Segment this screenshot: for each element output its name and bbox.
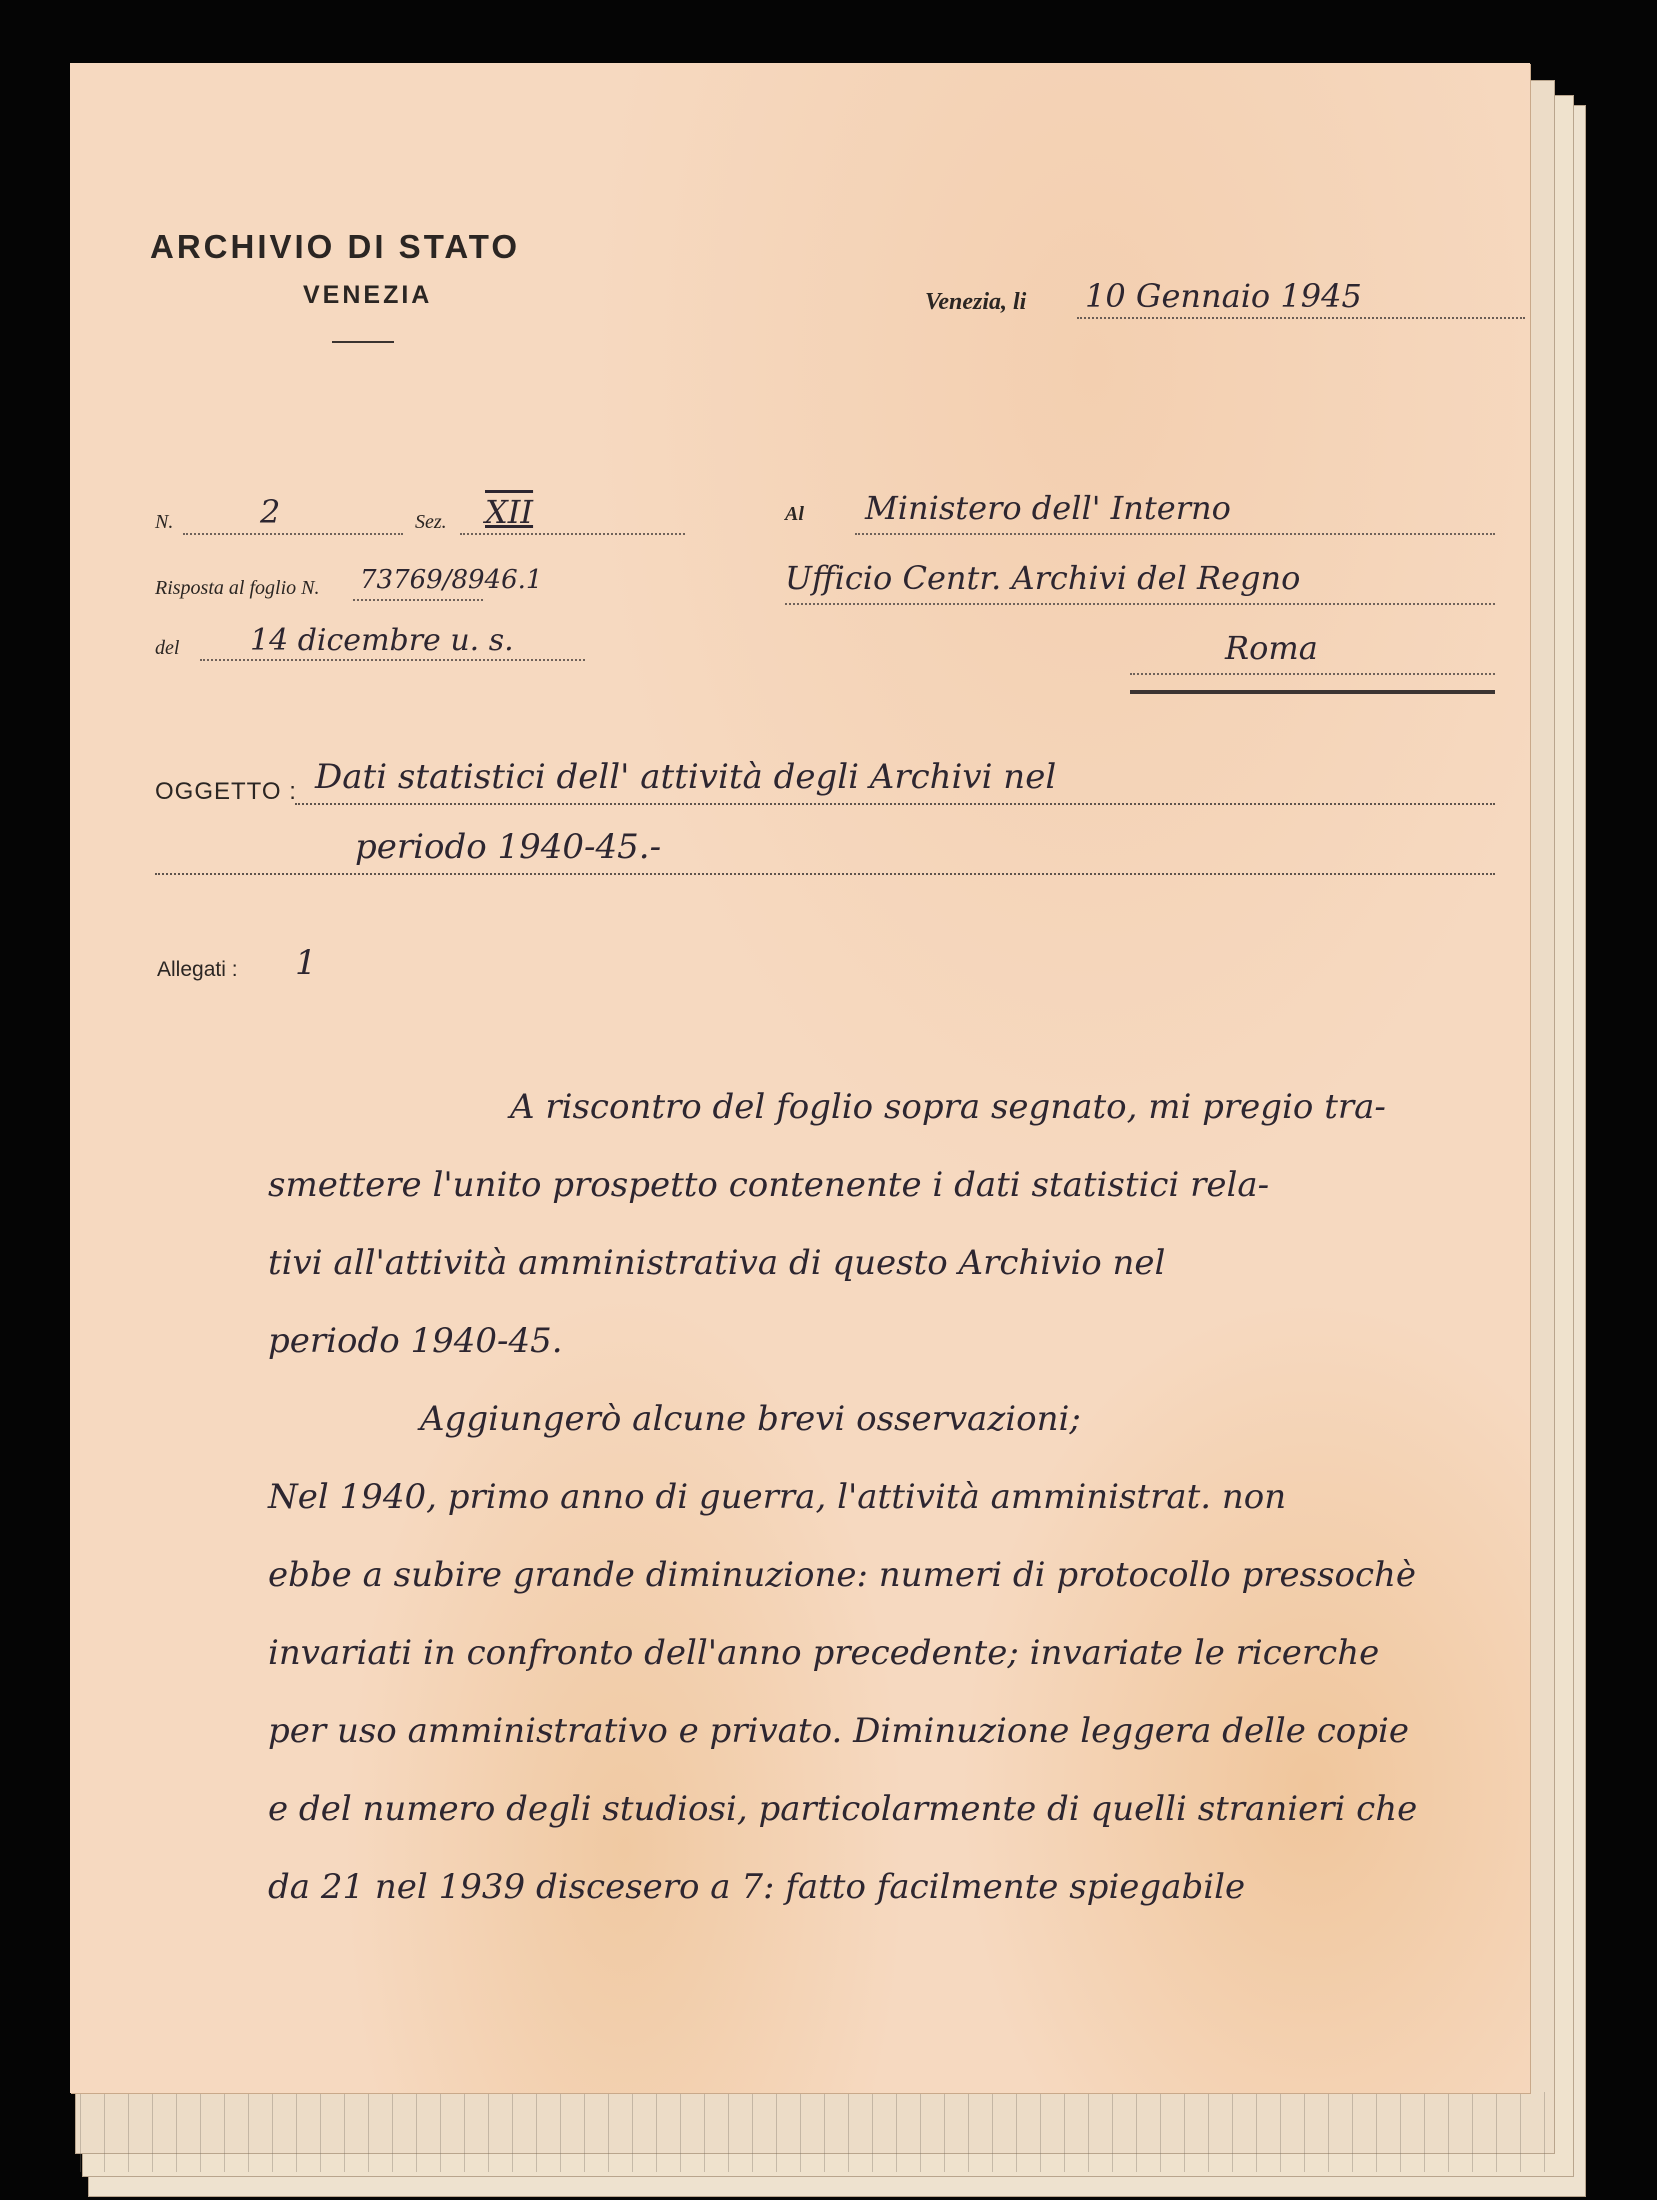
of-label: del (155, 637, 179, 660)
body-line: Nel 1940, primo anno di guerra, l'attivi… (268, 1458, 1530, 1536)
subject-dotted-line-1 (295, 803, 1495, 805)
number-value: 2 (260, 493, 280, 531)
date-label: Venezia, li (925, 289, 1026, 316)
recipient-line-2: Ufficio Centr. Archivi del Regno (785, 543, 1495, 605)
recipient-line-3: Roma (1130, 613, 1495, 675)
recipient-line-1: Ministero dell' Interno (855, 473, 1495, 535)
recipient-prefix: Al (785, 503, 804, 526)
letterhead-city: VENEZIA (303, 281, 432, 310)
attachments-value: 1 (295, 943, 317, 983)
body-line: Aggiungerò alcune brevi osservazioni; (330, 1380, 1530, 1458)
number-label: N. (155, 511, 173, 534)
letter-body: A riscontro del foglio sopra segnato, mi… (330, 1068, 1530, 1926)
protocol-number-row: N. 2 Sez. XII (155, 493, 685, 543)
body-line: smettere l'unito prospetto contenente i … (268, 1146, 1530, 1224)
date-value: 10 Gennaio 1945 (1085, 277, 1362, 315)
reply-label: Risposta al foglio N. (155, 577, 319, 600)
body-line: invariati in confronto dell'anno precede… (268, 1614, 1530, 1692)
subject-text-2: periodo 1940-45.- (355, 827, 661, 867)
date-line: Venezia, li 10 Gennaio 1945 (925, 271, 1525, 331)
reply-reference-row: Risposta al foglio N. 73769/8946.1 (155, 563, 755, 613)
of-dotted-line (200, 659, 585, 661)
letterhead-institution: ARCHIVIO DI STATO (150, 228, 520, 266)
reply-dotted-line (353, 599, 483, 601)
body-line: periodo 1940-45. (268, 1302, 1530, 1380)
recipient-rule (1130, 690, 1495, 694)
section-label: Sez. (415, 511, 447, 534)
of-value: 14 dicembre u. s. (250, 623, 514, 658)
section-value: XII (485, 493, 533, 531)
section-dotted-line (460, 533, 685, 535)
reply-value: 73769/8946.1 (360, 565, 542, 595)
subject-text-1: Dati statistici dell' attività degli Arc… (315, 757, 1056, 797)
subject-label: OGGETTO : (155, 778, 297, 806)
attachments-label: Allegati : (157, 958, 238, 982)
body-line: ebbe a subire grande diminuzione: numeri… (268, 1536, 1530, 1614)
body-line: A riscontro del foglio sopra segnato, mi… (330, 1068, 1530, 1146)
date-dotted-line (1077, 317, 1525, 319)
body-line: per uso amministrativo e privato. Diminu… (268, 1692, 1530, 1770)
body-line: tivi all'attività amministrativa di ques… (268, 1224, 1530, 1302)
recipient-block: Al Ministero dell' Interno Ufficio Centr… (785, 473, 1495, 713)
body-line: da 21 nel 1939 discesero a 7: fatto faci… (268, 1848, 1530, 1926)
letterhead-rule (332, 341, 394, 343)
letter-page: ARCHIVIO DI STATO VENEZIA Venezia, li 10… (70, 63, 1530, 2093)
reply-date-row: del 14 dicembre u. s. (155, 623, 715, 673)
body-line: e del numero degli studiosi, particolarm… (268, 1770, 1530, 1848)
number-dotted-line (183, 533, 403, 535)
subject-dotted-line-2 (155, 873, 1495, 875)
subject-block: OGGETTO : Dati statistici dell' attività… (155, 753, 1495, 893)
